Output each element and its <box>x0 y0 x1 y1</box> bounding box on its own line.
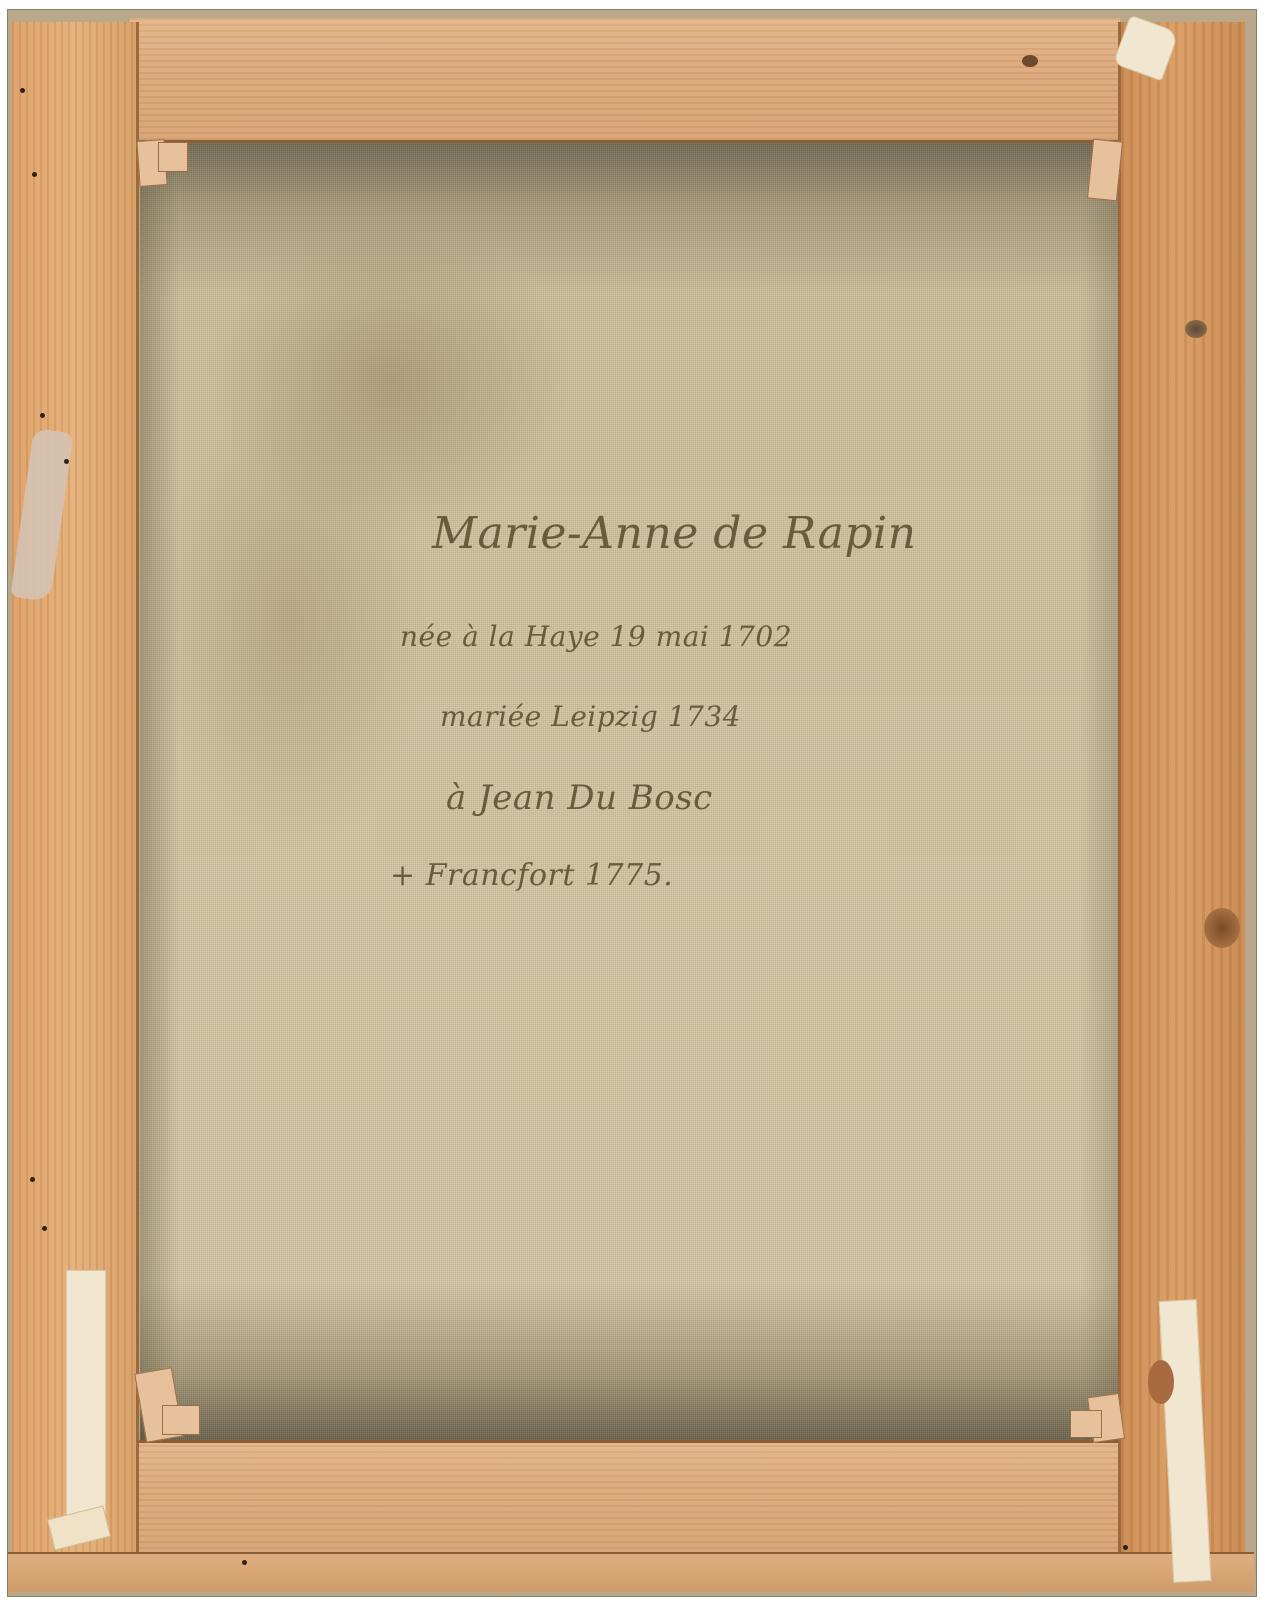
nail-hole <box>42 1226 47 1231</box>
frame-bottom-edge <box>8 1552 1254 1592</box>
nail-hole <box>30 1177 35 1182</box>
corner-key <box>158 142 188 172</box>
corner-key <box>1070 1410 1102 1438</box>
inscription-spouse: à Jean Du Bosc <box>446 778 713 818</box>
inscription-marriage: mariée Leipzig 1734 <box>440 700 741 733</box>
wood-knot <box>1022 55 1038 67</box>
handwritten-inscription: Marie-Anne de Rapin née à la Haye 19 mai… <box>380 490 900 930</box>
stretcher-bar-bottom <box>130 1440 1120 1555</box>
nail-hole <box>1123 1545 1128 1550</box>
wood-knot <box>1148 1360 1174 1404</box>
corner-key <box>162 1405 200 1435</box>
nail-hole <box>64 459 69 464</box>
corner-key <box>1087 139 1123 202</box>
nail-hole <box>20 88 25 93</box>
wood-knot <box>1185 320 1207 338</box>
stretcher-bar-top <box>130 18 1120 143</box>
nail-hole <box>32 172 37 177</box>
nail-hole <box>242 1560 247 1565</box>
nail-hole <box>40 413 45 418</box>
tape-bottom-left <box>66 1270 106 1522</box>
inscription-name: Marie-Anne de Rapin <box>432 508 916 559</box>
inscription-birth: née à la Haye 19 mai 1702 <box>400 620 792 653</box>
wood-knot <box>1204 908 1240 948</box>
inscription-death: + Francfort 1775. <box>390 858 673 893</box>
